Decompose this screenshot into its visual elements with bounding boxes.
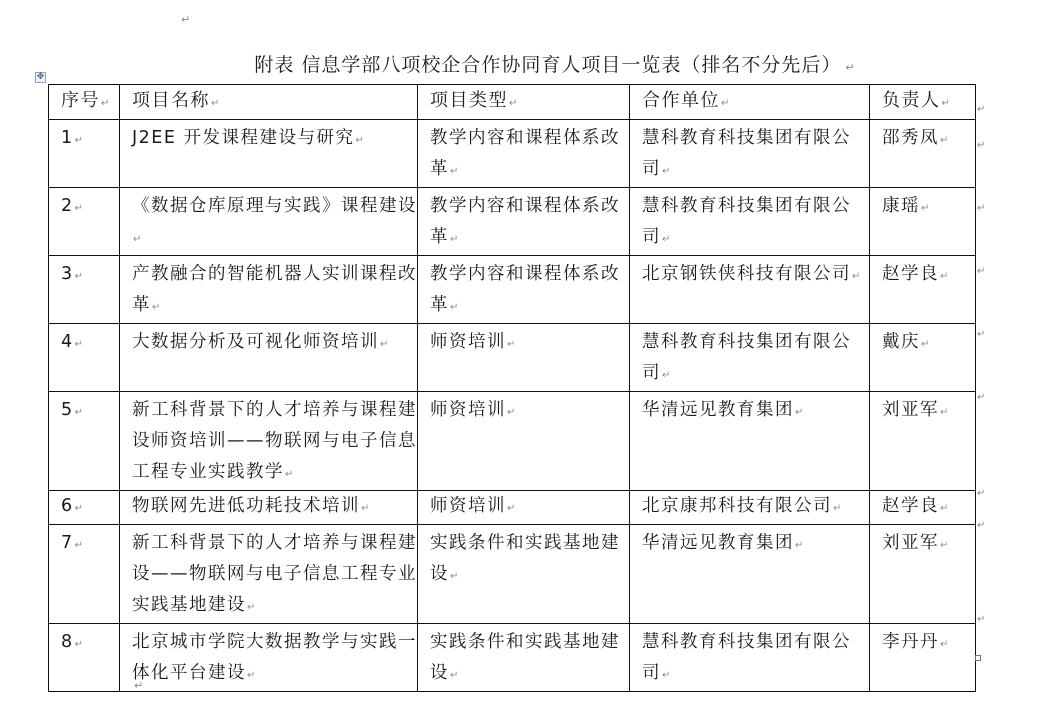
cell-no: 4↵ [49,324,120,392]
document-title: 附表 信息学部八项校企合作协同育人项目一览表（排名不分先后）↵ [0,50,1048,77]
cell-type: 教学内容和课程体系改革↵ [418,256,630,324]
table-row: 4↵ 大数据分析及可视化师资培训↵ 师资培训↵ 慧科教育科技集团有限公司↵ 戴庆… [49,324,976,392]
cell-partner: 华清远见教育集团↵ [630,392,870,491]
row-end-mark: ↵ [977,266,985,277]
row-end-mark: ↵ [977,203,985,214]
cell-no: 5↵ [49,392,120,491]
row-end-mark: ↵ [977,488,985,499]
projects-table: 序号↵ 项目名称↵ 项目类型↵ 合作单位↵ 负责人↵ 1↵ J2EE 开发课程建… [48,84,976,692]
paragraph-mark: ↵ [845,61,855,74]
cell-no: 2↵ [49,188,120,256]
table-row: 5↵ 新工科背景下的人才培养与课程建设师资培训——物联网与电子信息工程专业实践教… [49,392,976,491]
cell-name: J2EE 开发课程建设与研究↵ [120,120,418,188]
table-row: 7↵ 新工科背景下的人才培养与课程建设——物联网与电子信息工程专业实践基地建设↵… [49,525,976,624]
row-end-mark: ↵ [977,520,985,531]
header-name: 项目名称↵ [120,85,418,120]
row-end-mark: ↵ [977,140,985,151]
cell-partner: 慧科教育科技集团有限公司↵ [630,324,870,392]
cell-lead: 刘亚军↵ [870,392,976,491]
row-end-mark: ↵ [977,392,985,403]
row-end-mark: ↵ [977,104,985,115]
cell-lead: 戴庆↵ [870,324,976,392]
cell-name: 物联网先进低功耗技术培训↵ [120,491,418,525]
cell-name: 大数据分析及可视化师资培训↵ [120,324,418,392]
cell-name: 新工科背景下的人才培养与课程建设师资培训——物联网与电子信息工程专业实践教学↵ [120,392,418,491]
cell-lead: 康瑶↵ [870,188,976,256]
table-row: 3↵ 产教融合的智能机器人实训课程改革↵ 教学内容和课程体系改革↵ 北京钢铁侠科… [49,256,976,324]
cell-partner: 慧科教育科技集团有限公司↵ [630,120,870,188]
row-end-mark: ↵ [977,614,985,625]
table-row: 2↵ 《数据仓库原理与实践》课程建设↵ 教学内容和课程体系改革↵ 慧科教育科技集… [49,188,976,256]
header-lead: 负责人↵ [870,85,976,120]
cell-no: 8↵ [49,624,120,692]
cell-name: 产教融合的智能机器人实训课程改革↵ [120,256,418,324]
cell-type: 教学内容和课程体系改革↵ [418,188,630,256]
cell-no: 7↵ [49,525,120,624]
cell-no: 3↵ [49,256,120,324]
cell-partner: 北京康邦科技有限公司↵ [630,491,870,525]
row-end-mark: ↵ [977,329,985,340]
paragraph-mark-top: ↵ [181,14,190,25]
cell-name: 《数据仓库原理与实践》课程建设↵ [120,188,418,256]
table-row: 8↵ 北京城市学院大数据教学与实践一体化平台建设↵ 实践条件和实践基地建设↵ 慧… [49,624,976,692]
cell-no: 1↵ [49,120,120,188]
cell-type: 师资培训↵ [418,392,630,491]
cell-partner: 慧科教育科技集团有限公司↵ [630,188,870,256]
cell-type: 教学内容和课程体系改革↵ [418,120,630,188]
cell-lead: 赵学良↵ [870,491,976,525]
header-type: 项目类型↵ [418,85,630,120]
cell-partner: 华清远见教育集团↵ [630,525,870,624]
cell-type: 实践条件和实践基地建设↵ [418,624,630,692]
table-header-row: 序号↵ 项目名称↵ 项目类型↵ 合作单位↵ 负责人↵ [49,85,976,120]
document-title-text: 附表 信息学部八项校企合作协同育人项目一览表（排名不分先后） [254,54,841,76]
table-row: 6↵ 物联网先进低功耗技术培训↵ 师资培训↵ 北京康邦科技有限公司↵ 赵学良↵ [49,491,976,525]
table-move-handle-icon[interactable]: ✥ [35,72,46,83]
cell-partner: 北京钢铁侠科技有限公司↵ [630,256,870,324]
cell-lead: 邵秀凤↵ [870,120,976,188]
cell-lead: 李丹丹↵ [870,624,976,692]
cell-type: 实践条件和实践基地建设↵ [418,525,630,624]
paragraph-mark-bottom: ↵ [134,680,143,691]
cell-lead: 赵学良↵ [870,256,976,324]
cell-name: 北京城市学院大数据教学与实践一体化平台建设↵ [120,624,418,692]
cell-partner: 慧科教育科技集团有限公司↵ [630,624,870,692]
cell-no: 6↵ [49,491,120,525]
header-no: 序号↵ [49,85,120,120]
cell-lead: 刘亚军↵ [870,525,976,624]
header-partner: 合作单位↵ [630,85,870,120]
table-row: 1↵ J2EE 开发课程建设与研究↵ 教学内容和课程体系改革↵ 慧科教育科技集团… [49,120,976,188]
table-resize-handle[interactable] [975,655,981,661]
cell-name: 新工科背景下的人才培养与课程建设——物联网与电子信息工程专业实践基地建设↵ [120,525,418,624]
cell-type: 师资培训↵ [418,491,630,525]
cell-type: 师资培训↵ [418,324,630,392]
